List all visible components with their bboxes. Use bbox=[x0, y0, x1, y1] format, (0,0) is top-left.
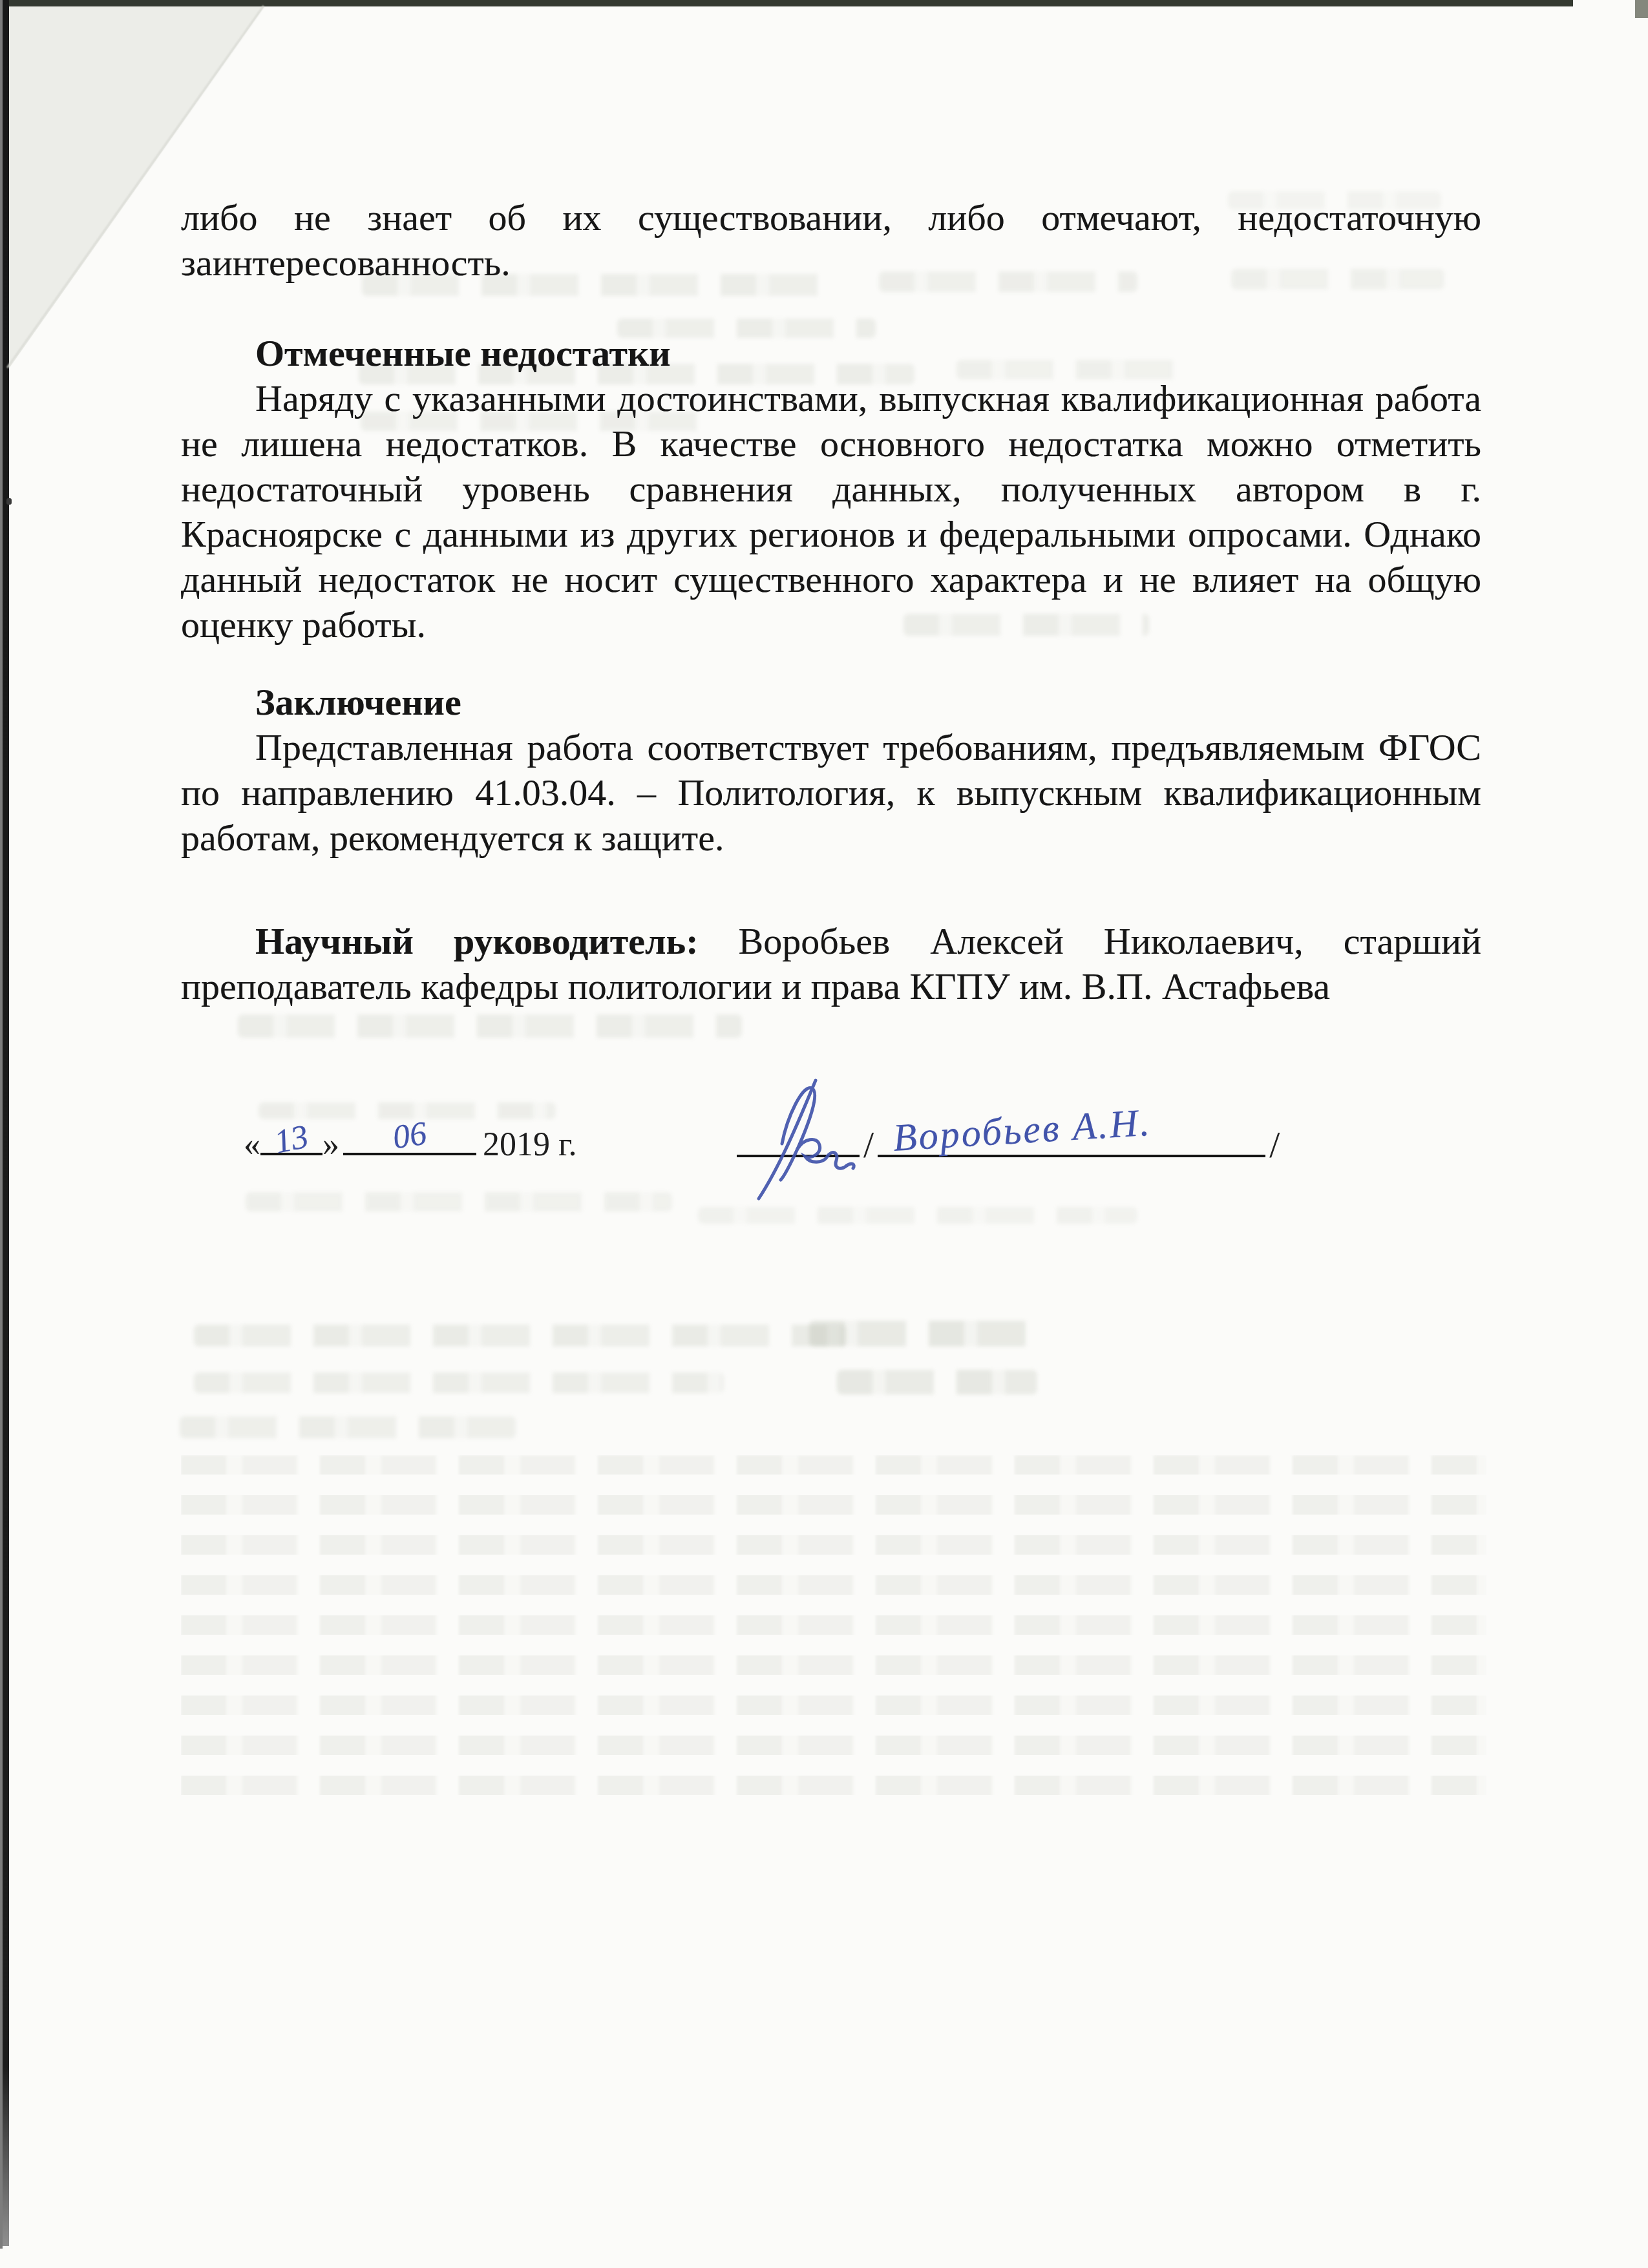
month-blank-line: 06 bbox=[343, 1153, 476, 1155]
signature-scribble bbox=[725, 1066, 874, 1205]
bleedthrough-text-block bbox=[181, 1455, 1486, 1798]
supervisor-label: Научный руководитель: bbox=[255, 920, 698, 962]
paper-tear-notch bbox=[1573, 0, 1636, 10]
continuation-paragraph: либо не знает об их существовании, либо … bbox=[181, 195, 1481, 286]
scan-edge-left bbox=[3, 0, 9, 2246]
bleedthrough-smudge bbox=[238, 1014, 742, 1038]
bleedthrough-smudge bbox=[246, 1192, 672, 1212]
scanned-document-page: либо не знает об их существовании, либо … bbox=[0, 0, 1648, 2268]
handwritten-month: 06 bbox=[390, 1113, 429, 1159]
slash-separator: / bbox=[1265, 1124, 1284, 1166]
date-line: « 13 » 06 2019 г. bbox=[244, 1124, 576, 1166]
section-body-conclusion: Представленная работа соответствует треб… bbox=[181, 725, 1481, 861]
section-body-shortcomings: Наряду с указанными достоинствами, выпус… bbox=[181, 376, 1481, 647]
handwritten-day: 13 bbox=[271, 1116, 312, 1163]
name-blank-line: Воробьев А.Н. bbox=[878, 1155, 1265, 1157]
bleedthrough-smudge bbox=[837, 1370, 1037, 1394]
bleedthrough-smudge bbox=[180, 1416, 516, 1438]
handwritten-name: Воробьев А.Н. bbox=[892, 1102, 1152, 1159]
section-heading-conclusion: Заключение bbox=[181, 680, 1481, 725]
supervisor-paragraph: Научный руководитель: Воробьев Алексей Н… bbox=[181, 919, 1481, 1009]
close-guillemet: » bbox=[322, 1124, 339, 1166]
folded-corner bbox=[9, 6, 264, 368]
scan-edge-top bbox=[0, 0, 1648, 6]
scan-speck bbox=[6, 498, 12, 505]
bleedthrough-smudge bbox=[194, 1325, 847, 1347]
section-heading-shortcomings: Отмеченные недостатки bbox=[181, 331, 1481, 376]
open-guillemet: « bbox=[244, 1124, 260, 1166]
bleedthrough-smudge bbox=[194, 1372, 724, 1393]
bleedthrough-smudge bbox=[809, 1321, 1029, 1347]
day-blank-line: 13 bbox=[260, 1153, 322, 1155]
bleedthrough-smudge bbox=[698, 1207, 1137, 1224]
paper-tear-mark bbox=[1635, 0, 1648, 18]
year-text: 2019 г. bbox=[483, 1124, 576, 1166]
